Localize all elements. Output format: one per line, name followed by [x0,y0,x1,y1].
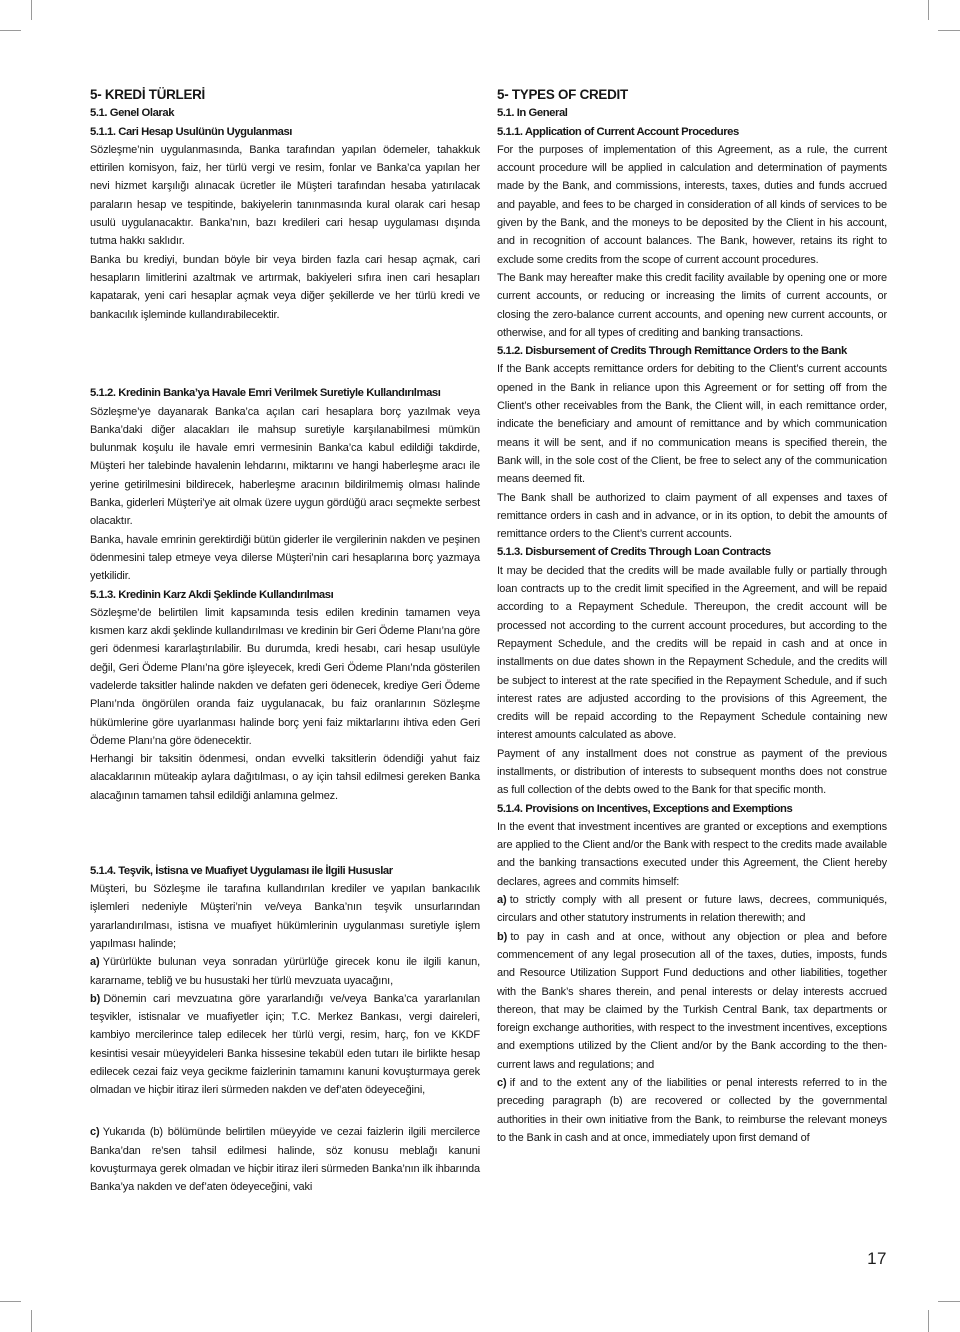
crop-mark-top-left-horizontal [0,30,21,31]
section-heading: 5.1.4. Teşvik, İstisna ve Muafiyet Uygul… [90,862,480,880]
section-heading: 5.1.3. Disbursement of Credits Through L… [497,543,887,561]
crop-mark-bottom-left-vertical [31,1310,32,1332]
section-heading: 5.1.1. Application of Current Account Pr… [497,123,887,141]
list-item: c)Yukarıda (b) bölümünde belirtilen müey… [90,1123,480,1196]
crop-mark-bottom-right-horizontal [938,1301,960,1302]
paragraph: The Bank shall be authorized to claim pa… [497,489,887,544]
section-heading: 5.1.2. Kredinin Banka’ya Havale Emri Ver… [90,384,480,402]
paragraph: Banka, havale emrinin gerektirdiği bütün… [90,531,480,586]
list-marker: b) [90,993,100,1005]
section-heading: 5.1.1. Cari Hesap Usulünün Uygulanması [90,123,480,141]
paragraph: It may be decided that the credits will … [497,562,887,745]
list-marker: a) [90,956,99,968]
section-heading: 5.1.3. Kredinin Karz Akdi Şeklinde Kulla… [90,586,480,604]
spacer [90,805,480,862]
list-item: c)if and to the extent any of the liabil… [497,1074,887,1147]
list-text: Yürürlükte bulunan veya sonradan yürürlü… [90,956,480,986]
turkish-column: 5- KREDİ TÜRLERİ5.1. Genel Olarak5.1.1. … [90,86,480,1197]
section-heading: 5.1. Genel Olarak [90,104,480,122]
list-item: b)to pay in cash and at once, without an… [497,928,887,1074]
list-text: Yukarıda (b) bölümünde belirtilen müeyyi… [90,1126,480,1193]
list-marker: c) [497,1077,506,1089]
crop-mark-bottom-right-vertical [928,1310,929,1332]
list-text: Dönemin cari mevzuatına göre yararlandığ… [90,993,480,1096]
paragraph: Banka bu krediyi, bundan böyle bir veya … [90,251,480,324]
page-number: 17 [867,1249,887,1269]
paragraph: Herhangi bir taksitin ödenmesi, ondan ev… [90,750,480,805]
paragraph: If the Bank accepts remittance orders fo… [497,360,887,488]
section-heading: 5.1. In General [497,104,887,122]
paragraph: For the purposes of implementation of th… [497,141,887,269]
list-marker: c) [90,1126,99,1138]
paragraph: Müşteri, bu Sözleşme ile tarafına kullan… [90,880,480,953]
crop-mark-top-right-vertical [928,0,929,20]
paragraph: Payment of any installment does not cons… [497,745,887,800]
spacer [90,324,480,384]
document-page: 5- KREDİ TÜRLERİ5.1. Genel Olarak5.1.1. … [0,0,960,1332]
document-title: 5- TYPES OF CREDIT [497,86,887,104]
list-text: to pay in cash and at once, without any … [497,931,887,1071]
english-column: 5- TYPES OF CREDIT5.1. In General5.1.1. … [497,86,887,1147]
paragraph: In the event that investment incentives … [497,818,887,891]
crop-mark-bottom-left-horizontal [0,1301,21,1302]
list-item: a)Yürürlükte bulunan veya sonradan yürür… [90,953,480,990]
list-text: to strictly comply with all present or f… [497,894,887,924]
document-title: 5- KREDİ TÜRLERİ [90,86,480,104]
paragraph: Sözleşme’de belirtilen limit kapsamında … [90,604,480,750]
section-heading: 5.1.2. Disbursement of Credits Through R… [497,342,887,360]
list-item: b)Dönemin cari mevzuatına göre yararland… [90,990,480,1100]
list-text: if and to the extent any of the liabilit… [497,1077,887,1144]
list-marker: a) [497,894,506,906]
crop-mark-top-right-horizontal [938,30,960,31]
paragraph: Sözleşme’nin uygulanmasında, Banka taraf… [90,141,480,251]
list-marker: b) [497,931,507,943]
section-heading: 5.1.4. Provisions on Incentives, Excepti… [497,800,887,818]
spacer [90,1100,480,1124]
paragraph: The Bank may hereafter make this credit … [497,269,887,342]
list-item: a)to strictly comply with all present or… [497,891,887,928]
crop-mark-top-left-vertical [31,0,32,20]
paragraph: Sözleşme’ye dayanarak Banka’ca açılan ca… [90,403,480,531]
